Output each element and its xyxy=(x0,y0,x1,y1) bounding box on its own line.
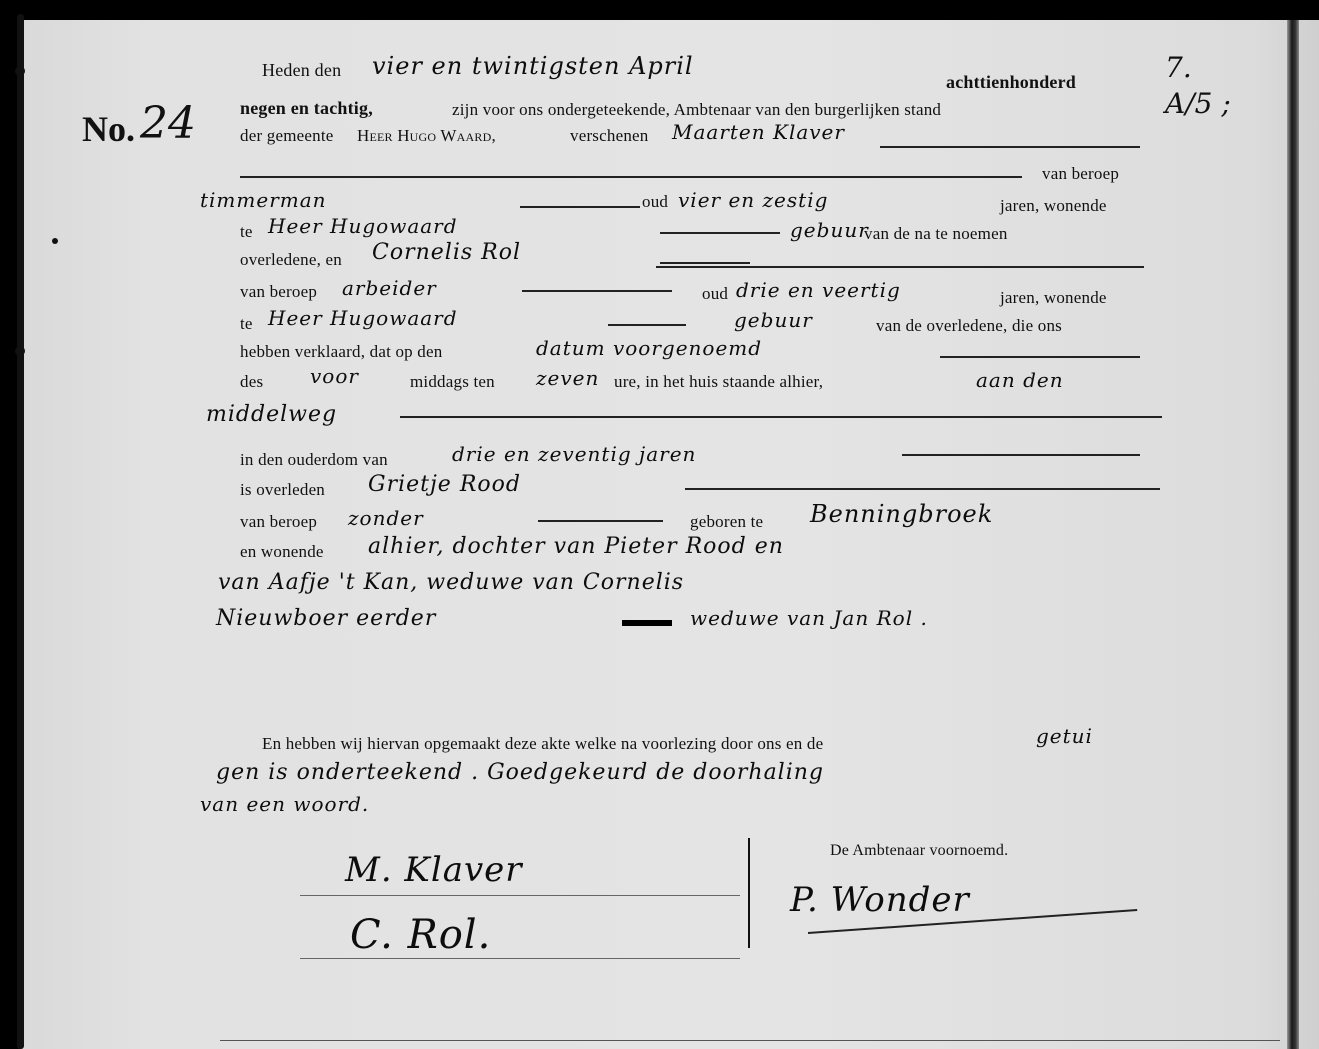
fill-line xyxy=(685,488,1160,490)
closing-hw-2: gen is onderteekend . Goedgekeurd de doo… xyxy=(216,760,824,785)
deceased-name: Grietje Rood xyxy=(368,472,521,497)
informant2-age: drie en veertig xyxy=(736,278,901,302)
overleden-text: is overleden xyxy=(240,480,325,500)
relation-text: van de overledene, die ons xyxy=(876,316,1062,336)
death-address: aan den xyxy=(976,368,1064,392)
fill-line xyxy=(656,266,1144,268)
deceased-mother-spouse: van Aafje 't Kan, weduwe van Cornelis xyxy=(218,570,684,595)
deceased-spouse-cont: Nieuwboer eerder xyxy=(216,606,436,631)
jaren-wonende: jaren, wonende xyxy=(1000,196,1107,216)
informant1-name: Maarten Klaver xyxy=(672,120,845,144)
deceased-first-spouse: weduwe van Jan Rol . xyxy=(690,606,928,630)
fill-line xyxy=(660,232,780,234)
fill-line xyxy=(522,290,672,292)
death-address-cont: middelweg xyxy=(206,402,337,427)
wonende-label: en wonende xyxy=(240,542,324,562)
signature-line xyxy=(300,958,740,959)
oud-label: oud xyxy=(702,284,728,304)
closing-hw-3: van een woord. xyxy=(200,792,369,816)
huis-text: ure, in het huis staande alhier, xyxy=(614,372,823,392)
oud-label: oud xyxy=(642,192,668,212)
beroep-label: van beroep xyxy=(1042,164,1119,184)
fill-line xyxy=(940,356,1140,358)
record-number-label: No. xyxy=(82,108,135,150)
binding-hole xyxy=(15,66,25,76)
ink-spot xyxy=(52,238,58,244)
intro-text: zijn voor ons ondergeteekende, Ambtenaar… xyxy=(452,100,941,120)
closing-hw-1: getui xyxy=(1036,724,1093,748)
year-bold: negen en tachtig, xyxy=(240,98,373,119)
margin-note: 7. A/5 ; xyxy=(1165,50,1245,122)
ouderdom-text: in den ouderdom van xyxy=(240,450,388,470)
te-label: te xyxy=(240,222,253,242)
page-bottom-rule xyxy=(220,1040,1280,1041)
informant2-name: Cornelis Rol xyxy=(372,240,521,265)
voor-handwritten: voor xyxy=(310,364,359,388)
witness1-signature: M. Klaver xyxy=(345,850,523,890)
official-signature: P. Wonder xyxy=(790,880,970,920)
deceased-occupation: zonder xyxy=(348,506,424,530)
relation-text: van de na te noemen xyxy=(864,224,1008,244)
verschenen-text: verschenen xyxy=(570,126,648,146)
informant1-occupation: timmerman xyxy=(200,188,327,212)
informant2-relation: gebuur xyxy=(734,308,813,332)
beroep-label: van beroep xyxy=(240,512,317,532)
closing-text: En hebben wij hiervan opgemaakt deze akt… xyxy=(262,734,823,754)
des-label: des xyxy=(240,372,263,392)
verklaard-text: hebben verklaard, dat op den xyxy=(240,342,442,362)
heden-text: Heden den xyxy=(262,60,341,81)
fill-line xyxy=(608,324,686,326)
witness2-signature: C. Rol. xyxy=(350,912,491,958)
overledene-en: overledene, en xyxy=(240,250,342,270)
binding-hole xyxy=(15,346,25,356)
year-printed: achttienhonderd xyxy=(946,72,1076,93)
deceased-residence-parents: alhier, dochter van Pieter Rood en xyxy=(368,534,784,559)
deceased-age: drie en zeventig jaren xyxy=(452,442,696,466)
fill-line xyxy=(240,176,1022,178)
jaren-wonende: jaren, wonende xyxy=(1000,288,1107,308)
middags-text: middags ten xyxy=(410,372,495,392)
informant1-residence: Heer Hugowaard xyxy=(268,214,458,238)
deceased-birthplace: Benningbroek xyxy=(810,500,993,528)
beroep-label: van beroep xyxy=(240,282,317,302)
date-handwritten: vier en twintigsten April xyxy=(372,52,694,80)
fill-line xyxy=(400,416,1162,418)
te-label: te xyxy=(240,314,253,334)
fill-line xyxy=(880,146,1140,148)
fill-line xyxy=(902,454,1140,456)
page-fold-edge xyxy=(1287,20,1299,1049)
signature-divider xyxy=(748,838,750,948)
death-date: datum voorgenoemd xyxy=(536,336,762,360)
gemeente-label: der gemeente xyxy=(240,126,334,146)
geboren-label: geboren te xyxy=(690,512,763,532)
official-label: De Ambtenaar voornoemd. xyxy=(830,842,1008,860)
informant2-residence: Heer Hugowaard xyxy=(268,306,458,330)
record-number: 24 xyxy=(140,98,196,149)
fill-line xyxy=(660,262,750,264)
fill-line xyxy=(538,520,663,522)
signature-line xyxy=(300,895,740,896)
binding-edge xyxy=(17,14,24,1049)
death-hour: zeven xyxy=(536,366,599,390)
informant2-occupation: arbeider xyxy=(342,276,437,300)
struck-word xyxy=(622,620,672,626)
informant1-relation: gebuur xyxy=(790,218,869,242)
informant1-age: vier en zestig xyxy=(678,188,828,212)
municipality: Heer Hugo Waard, xyxy=(357,126,496,146)
fill-line xyxy=(520,206,640,208)
